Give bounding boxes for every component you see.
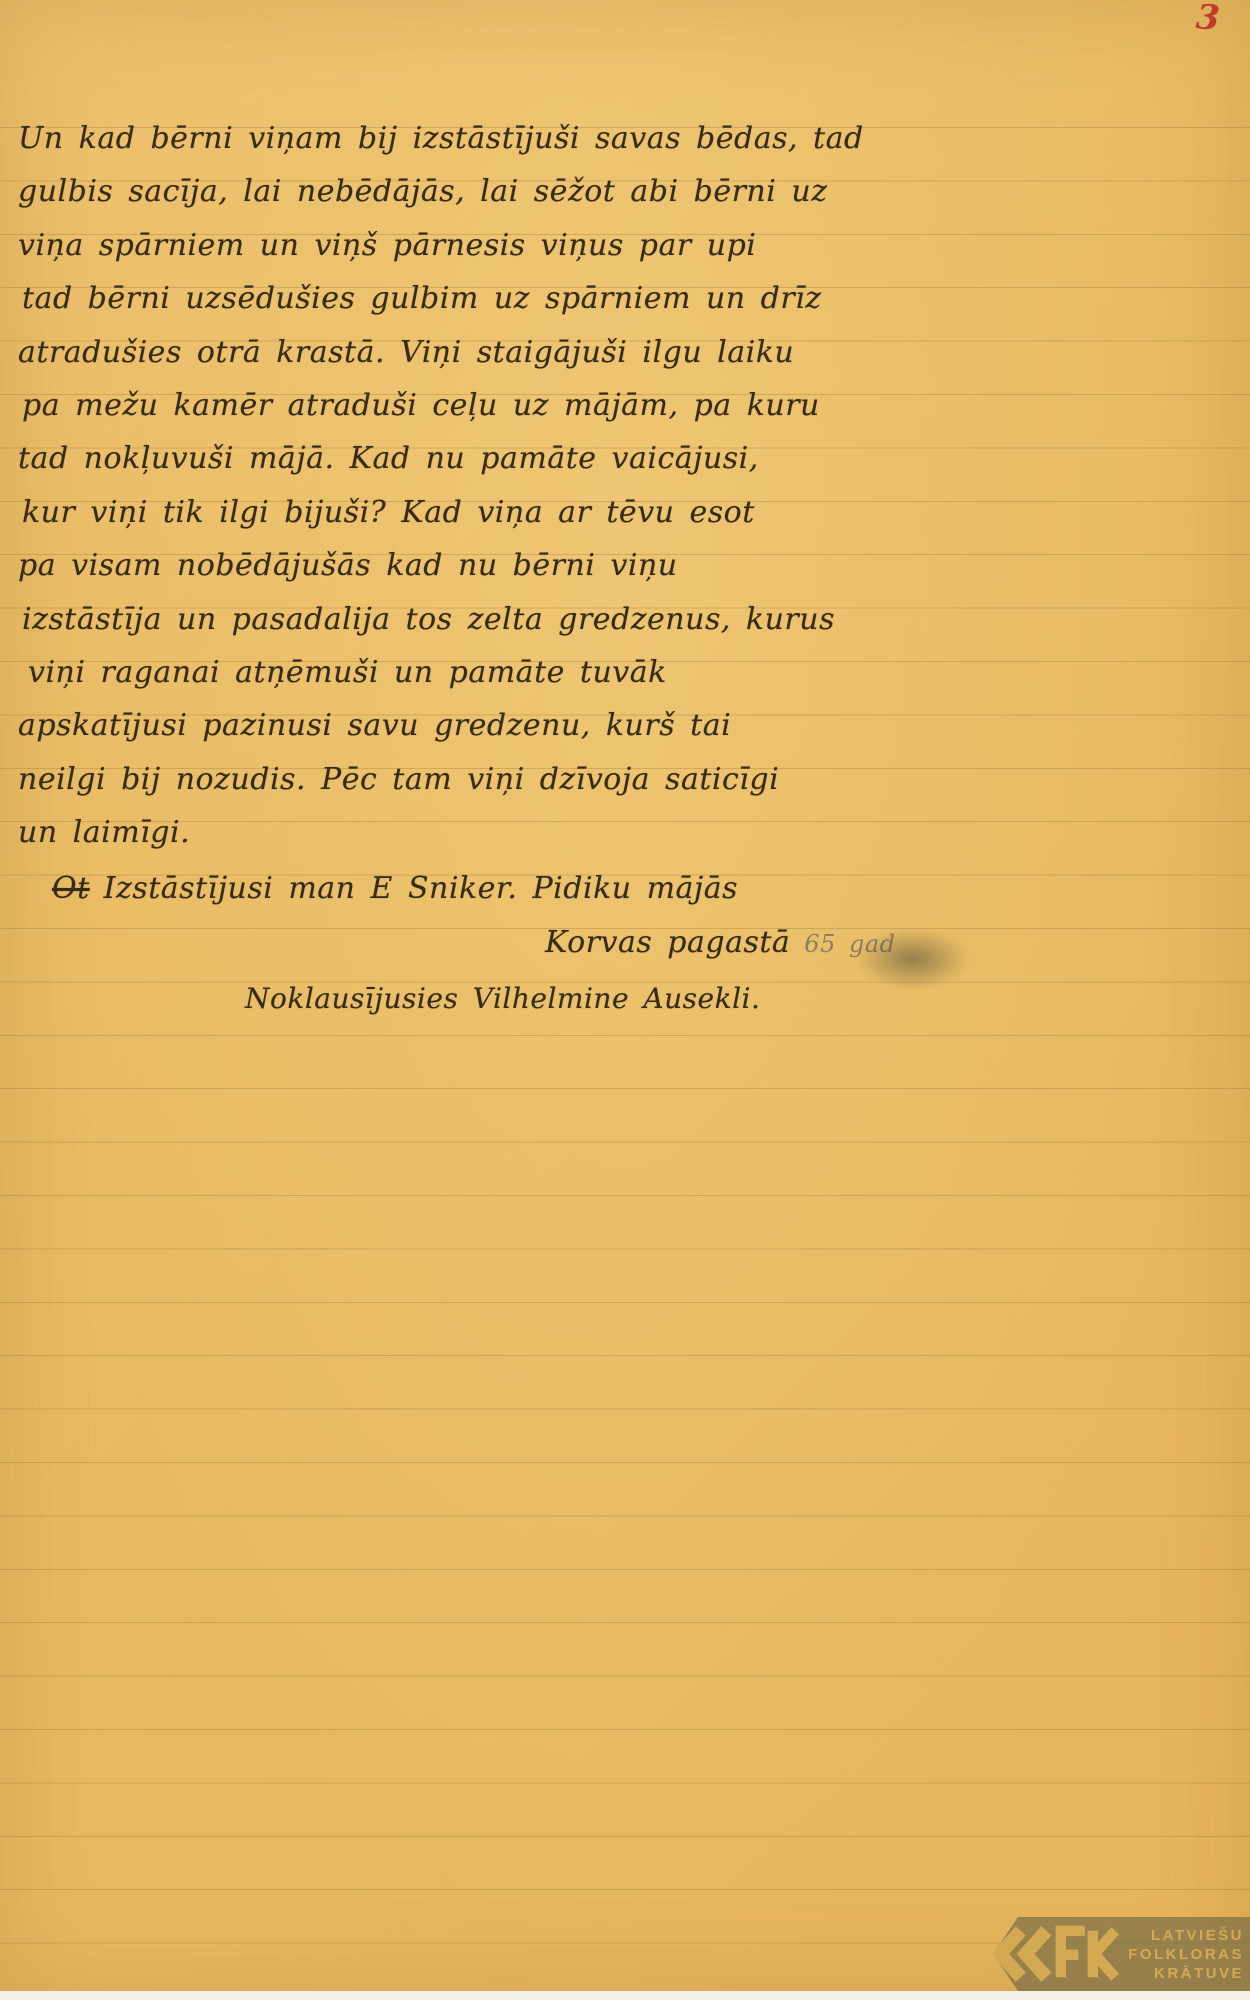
struck-word: Ot [52,871,90,906]
attribution-parish: Korvas pagastā65 gad [545,916,896,971]
archive-name: LATVIEŠU FOLKLORAS KRĀTUVE [1128,1926,1244,1983]
manuscript-line: tad bērni uzsēdušies gulbim uz spārniem … [18,272,1244,325]
manuscript-paper: 3 Un kad bērni viņam bij izstāstījuši sa… [0,0,1250,1991]
manuscript-line: tad nokļuvuši mājā. Kad nu pamāte vaicāj… [18,432,1244,485]
manuscript-line: gulbis sacīja, lai nebēdājās, lai sēžot … [18,165,1244,218]
scanner-edge-strip [0,1991,1250,2000]
manuscript-line: kur viņi tik ilgi bijuši? Kad viņa ar tē… [18,486,1244,539]
manuscript-line: atradušies otrā krastā. Viņi staigājuši … [18,326,1244,379]
page-number: 3 [1195,0,1221,39]
lfk-chevron-logo [992,1924,1120,1984]
manuscript-line: izstāstīja un pasadalija tos zelta gredz… [18,593,1244,646]
manuscript-line: pa mežu kamēr atraduši ceļu uz mājām, pa… [18,379,1244,432]
archive-name-line: LATVIEŠU [1128,1926,1244,1945]
attribution-teller: OtIzstāstījusi man E Sniker. Pidiku mājā… [52,862,738,915]
manuscript-line: viņi raganai atņēmuši un pamāte tuvāk [18,646,1244,699]
manuscript-line: pa visam nobēdājušās kad nu bērni viņu [18,539,1244,592]
manuscript-line: un laimīgi. [18,806,1244,859]
teller-text: Izstāstījusi man E Sniker. Pidiku mājās [104,871,738,906]
recorder-text: Noklausījusies Vilhelmine Ausekli. [245,982,760,1015]
parish-text: Korvas pagastā [545,925,790,960]
manuscript-text: Un kad bērni viņam bij izstāstījuši sava… [18,112,1244,860]
manuscript-line: apskatījusi pazinusi savu gredzenu, kurš… [18,699,1244,752]
manuscript-line: viņa spārniem un viņš pārnesis viņus par… [18,219,1244,272]
archive-name-line: KRĀTUVE [1128,1964,1244,1983]
manuscript-line: neilgi bij nozudis. Pēc tam viņi dzīvoja… [18,753,1244,806]
ink-smudge [855,928,970,990]
attribution-recorder: Noklausījusies Vilhelmine Ausekli. [245,972,760,1025]
archive-watermark: LATVIEŠU FOLKLORAS KRĀTUVE [993,1917,1250,1991]
archive-name-line: FOLKLORAS [1128,1945,1244,1964]
manuscript-line: Un kad bērni viņam bij izstāstījuši sava… [18,112,1244,165]
